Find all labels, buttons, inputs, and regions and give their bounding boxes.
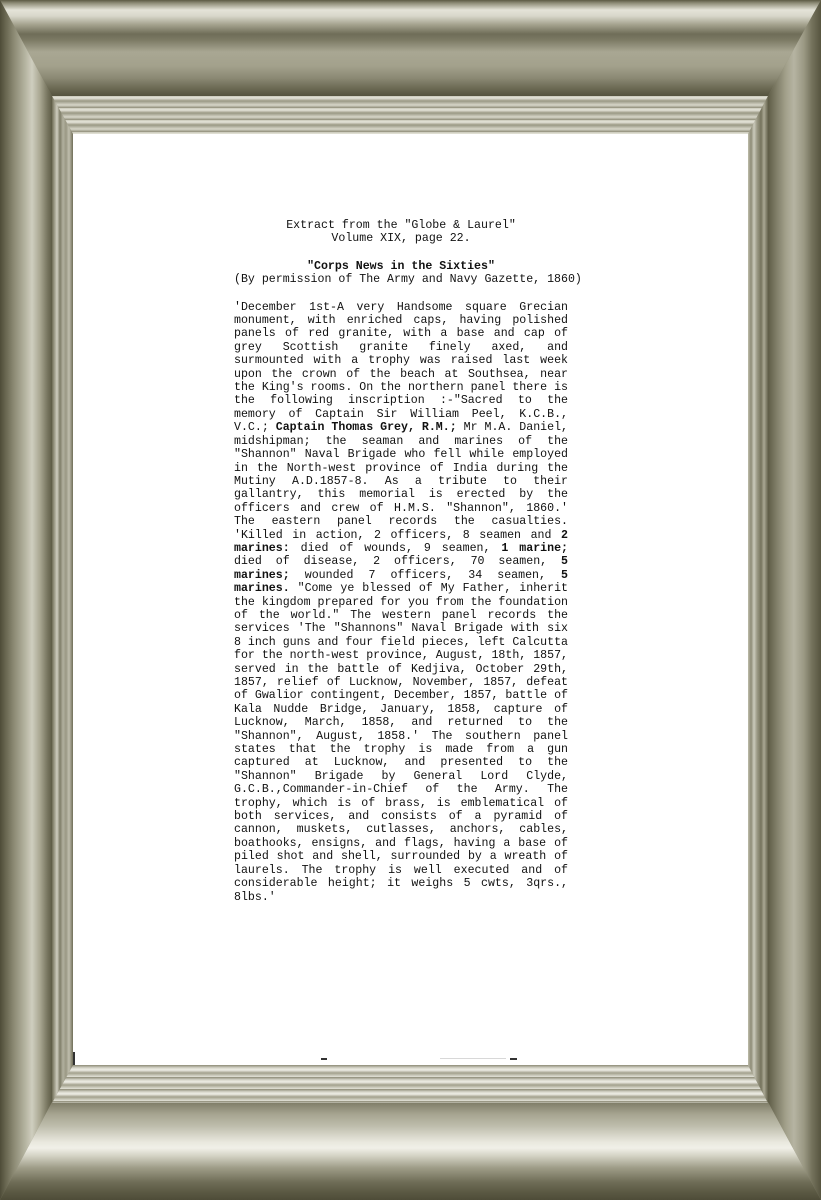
page-bottom-rule bbox=[440, 1058, 506, 1059]
emphasized-text: 1 marine; bbox=[501, 542, 568, 555]
page-bottom-mark bbox=[321, 1058, 327, 1060]
body-text-run: died of disease, 2 officers, 70 seamen, bbox=[234, 555, 561, 568]
frame-outer-left bbox=[0, 0, 52, 1200]
body-text-run: wounded 7 officers, 34 seamen, bbox=[290, 569, 561, 582]
page-corner-mark bbox=[73, 1052, 75, 1065]
document-extract: Extract from the "Globe & Laurel" Volume… bbox=[234, 219, 568, 904]
body-text-run: died of wounds, 9 seamen, bbox=[290, 542, 502, 555]
source-line: Extract from the "Globe & Laurel" bbox=[234, 219, 568, 232]
body-text-run: 'December 1st-A very Handsome square Gre… bbox=[234, 301, 568, 435]
page-bottom-mark bbox=[510, 1058, 517, 1060]
article-title: "Corps News in the Sixties" bbox=[234, 260, 568, 273]
emphasized-text: Captain Thomas Grey, R.M.; bbox=[276, 421, 457, 434]
frame-outer-bottom bbox=[0, 1102, 821, 1200]
body-text-run: Mr M.A. Daniel, midshipman; the seaman a… bbox=[234, 421, 568, 541]
frame-inner-right bbox=[748, 96, 768, 1103]
frame-inner-bottom bbox=[52, 1065, 768, 1103]
article-permission: (By permission of The Army and Navy Gaze… bbox=[234, 273, 568, 286]
volume-line: Volume XIX, page 22. bbox=[234, 232, 568, 245]
article-body: 'December 1st-A very Handsome square Gre… bbox=[234, 301, 568, 904]
frame-outer-top bbox=[0, 0, 821, 96]
frame-inner-top bbox=[52, 96, 768, 134]
body-text-run: "Come ye blessed of My Father, inherit t… bbox=[234, 582, 568, 903]
frame-inner-left bbox=[52, 96, 73, 1103]
frame-outer-right bbox=[768, 0, 821, 1200]
